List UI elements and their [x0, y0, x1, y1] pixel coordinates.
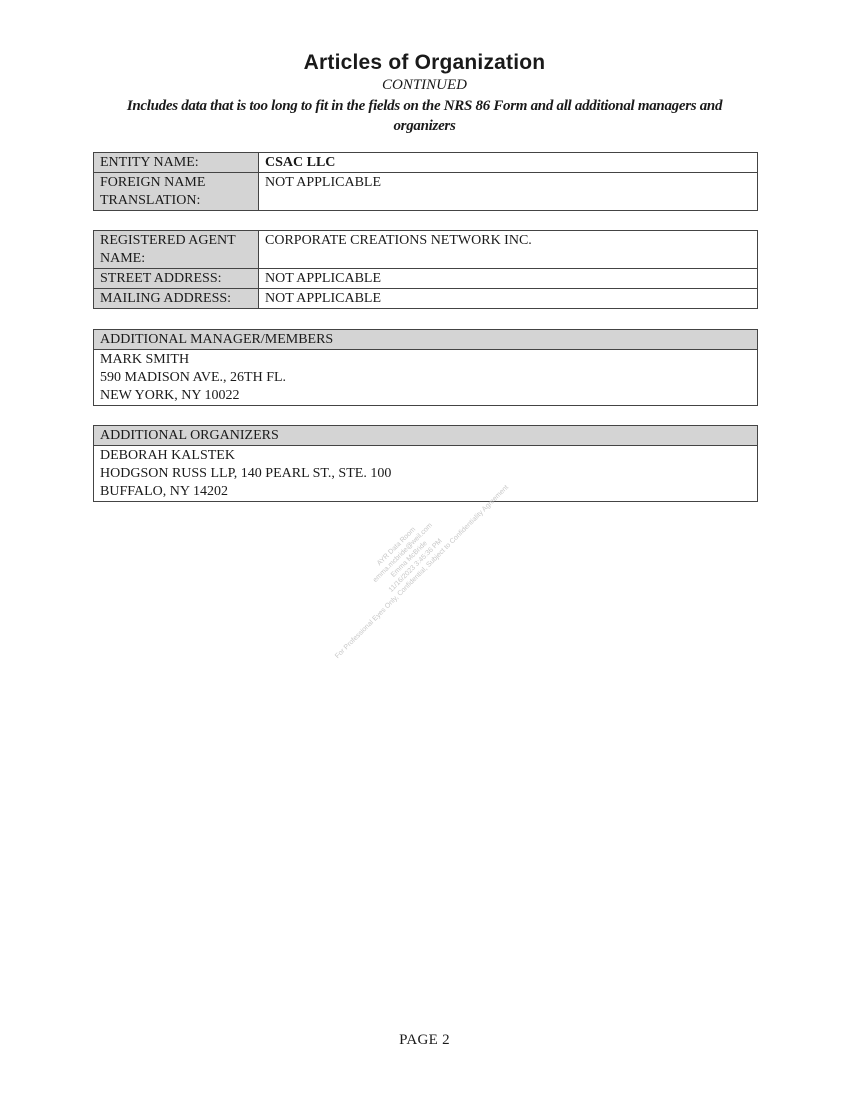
additional-managers-header: ADDITIONAL MANAGER/MEMBERS: [94, 330, 758, 350]
organizer-address-line-1: HODGSON RUSS LLP, 140 PEARL ST., STE. 10…: [100, 465, 751, 483]
registered-agent-value: CORPORATE CREATIONS NETWORK INC.: [259, 231, 758, 269]
table-row: ENTITY NAME: CSAC LLC: [94, 153, 758, 173]
table-row: FOREIGN NAME TRANSLATION: NOT APPLICABLE: [94, 173, 758, 211]
additional-organizers-table: ADDITIONAL ORGANIZERS DEBORAH KALSTEK HO…: [93, 425, 758, 502]
document-subtitle: CONTINUED: [0, 77, 849, 94]
table-row: MARK SMITH 590 MADISON AVE., 26TH FL. NE…: [94, 350, 758, 406]
table-row: ADDITIONAL ORGANIZERS: [94, 426, 758, 446]
additional-managers-table: ADDITIONAL MANAGER/MEMBERS MARK SMITH 59…: [93, 329, 758, 406]
mailing-address-value: NOT APPLICABLE: [259, 289, 758, 309]
street-address-value: NOT APPLICABLE: [259, 269, 758, 289]
registered-agent-label: REGISTERED AGENT NAME:: [94, 231, 259, 269]
page-number: PAGE 2: [0, 1032, 849, 1049]
organizer-name: DEBORAH KALSTEK: [100, 447, 751, 465]
entity-table: ENTITY NAME: CSAC LLC FOREIGN NAME TRANS…: [93, 152, 758, 211]
table-row: MAILING ADDRESS: NOT APPLICABLE: [94, 289, 758, 309]
entity-name-label: ENTITY NAME:: [94, 153, 259, 173]
table-row: STREET ADDRESS: NOT APPLICABLE: [94, 269, 758, 289]
foreign-name-label: FOREIGN NAME TRANSLATION:: [94, 173, 259, 211]
entity-name-value: CSAC LLC: [259, 153, 758, 173]
registered-agent-table: REGISTERED AGENT NAME: CORPORATE CREATIO…: [93, 230, 758, 309]
manager-address-line-2: NEW YORK, NY 10022: [100, 387, 751, 405]
manager-name: MARK SMITH: [100, 351, 751, 369]
additional-organizers-header: ADDITIONAL ORGANIZERS: [94, 426, 758, 446]
organizer-address-line-2: BUFFALO, NY 14202: [100, 483, 751, 501]
additional-organizers-content: DEBORAH KALSTEK HODGSON RUSS LLP, 140 PE…: [94, 446, 758, 502]
additional-managers-content: MARK SMITH 590 MADISON AVE., 26TH FL. NE…: [94, 350, 758, 406]
document-title: Articles of Organization: [0, 51, 849, 75]
table-row: REGISTERED AGENT NAME: CORPORATE CREATIO…: [94, 231, 758, 269]
table-row: ADDITIONAL MANAGER/MEMBERS: [94, 330, 758, 350]
table-row: DEBORAH KALSTEK HODGSON RUSS LLP, 140 PE…: [94, 446, 758, 502]
street-address-label: STREET ADDRESS:: [94, 269, 259, 289]
document-description: Includes data that is too long to fit in…: [110, 96, 739, 136]
manager-address-line-1: 590 MADISON AVE., 26TH FL.: [100, 369, 751, 387]
foreign-name-value: NOT APPLICABLE: [259, 173, 758, 211]
mailing-address-label: MAILING ADDRESS:: [94, 289, 259, 309]
